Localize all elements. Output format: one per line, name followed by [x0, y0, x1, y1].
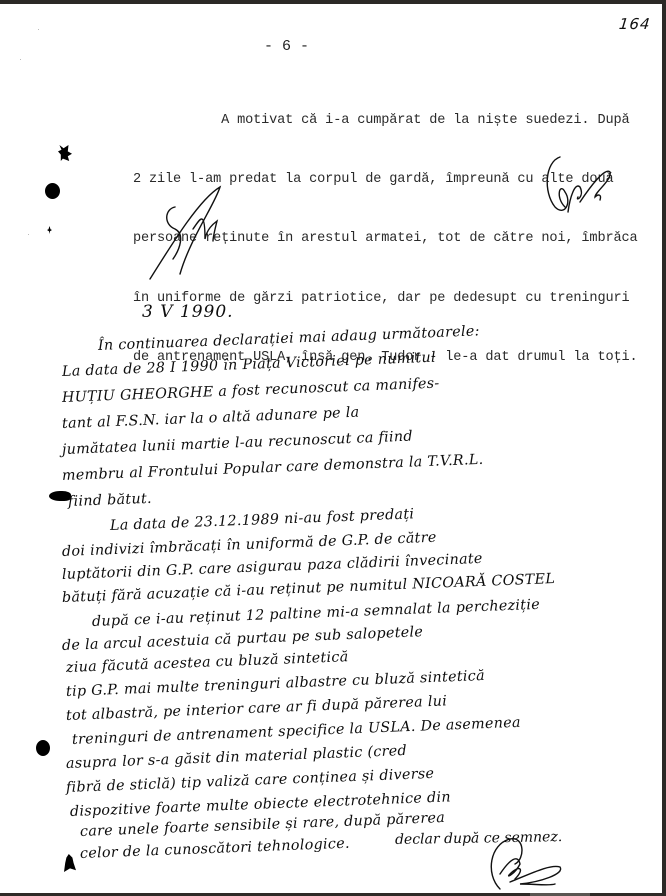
page-number: - 6 - — [264, 38, 309, 55]
ink-blot — [64, 854, 76, 872]
ink-blot — [45, 183, 60, 199]
handwritten-line: ziua făcută acestea cu bluză sintetică — [66, 649, 349, 676]
handwritten-line: celor de la cunoscători tehnologice. — [80, 836, 350, 862]
handwritten-line: tant al F.S.N. iar la o altă adunare pe … — [62, 405, 360, 432]
handwritten-closing: declar după ce semnez. — [395, 829, 563, 848]
handwritten-line: membru al Frontului Popular care demonst… — [62, 452, 484, 484]
ink-blot — [58, 145, 72, 161]
handwritten-line: La data de 23.12.1989 ni-au fost predați — [110, 506, 415, 534]
scan-speck — [28, 234, 29, 235]
typed-line: A motivat că i-a cumpărat de la niște su… — [133, 111, 662, 131]
scan-speck — [20, 59, 21, 60]
handwritten-date: 3 V 1990. — [142, 302, 234, 322]
handwritten-line: jumătatea lunii martie l-au recunoscut c… — [62, 429, 413, 458]
ink-blot — [36, 740, 50, 756]
scan-speck — [38, 29, 39, 30]
handwritten-line: fiind bătut. — [68, 491, 152, 510]
folio-number: 164 — [618, 15, 652, 33]
document-page: 164 - 6 - A motivat că i-a cumpărat de l… — [0, 4, 662, 893]
handwritten-line: asupra lor s-a găsit din material plasti… — [66, 743, 408, 772]
ink-blot — [47, 226, 52, 234]
scan-speck — [352, 293, 354, 295]
